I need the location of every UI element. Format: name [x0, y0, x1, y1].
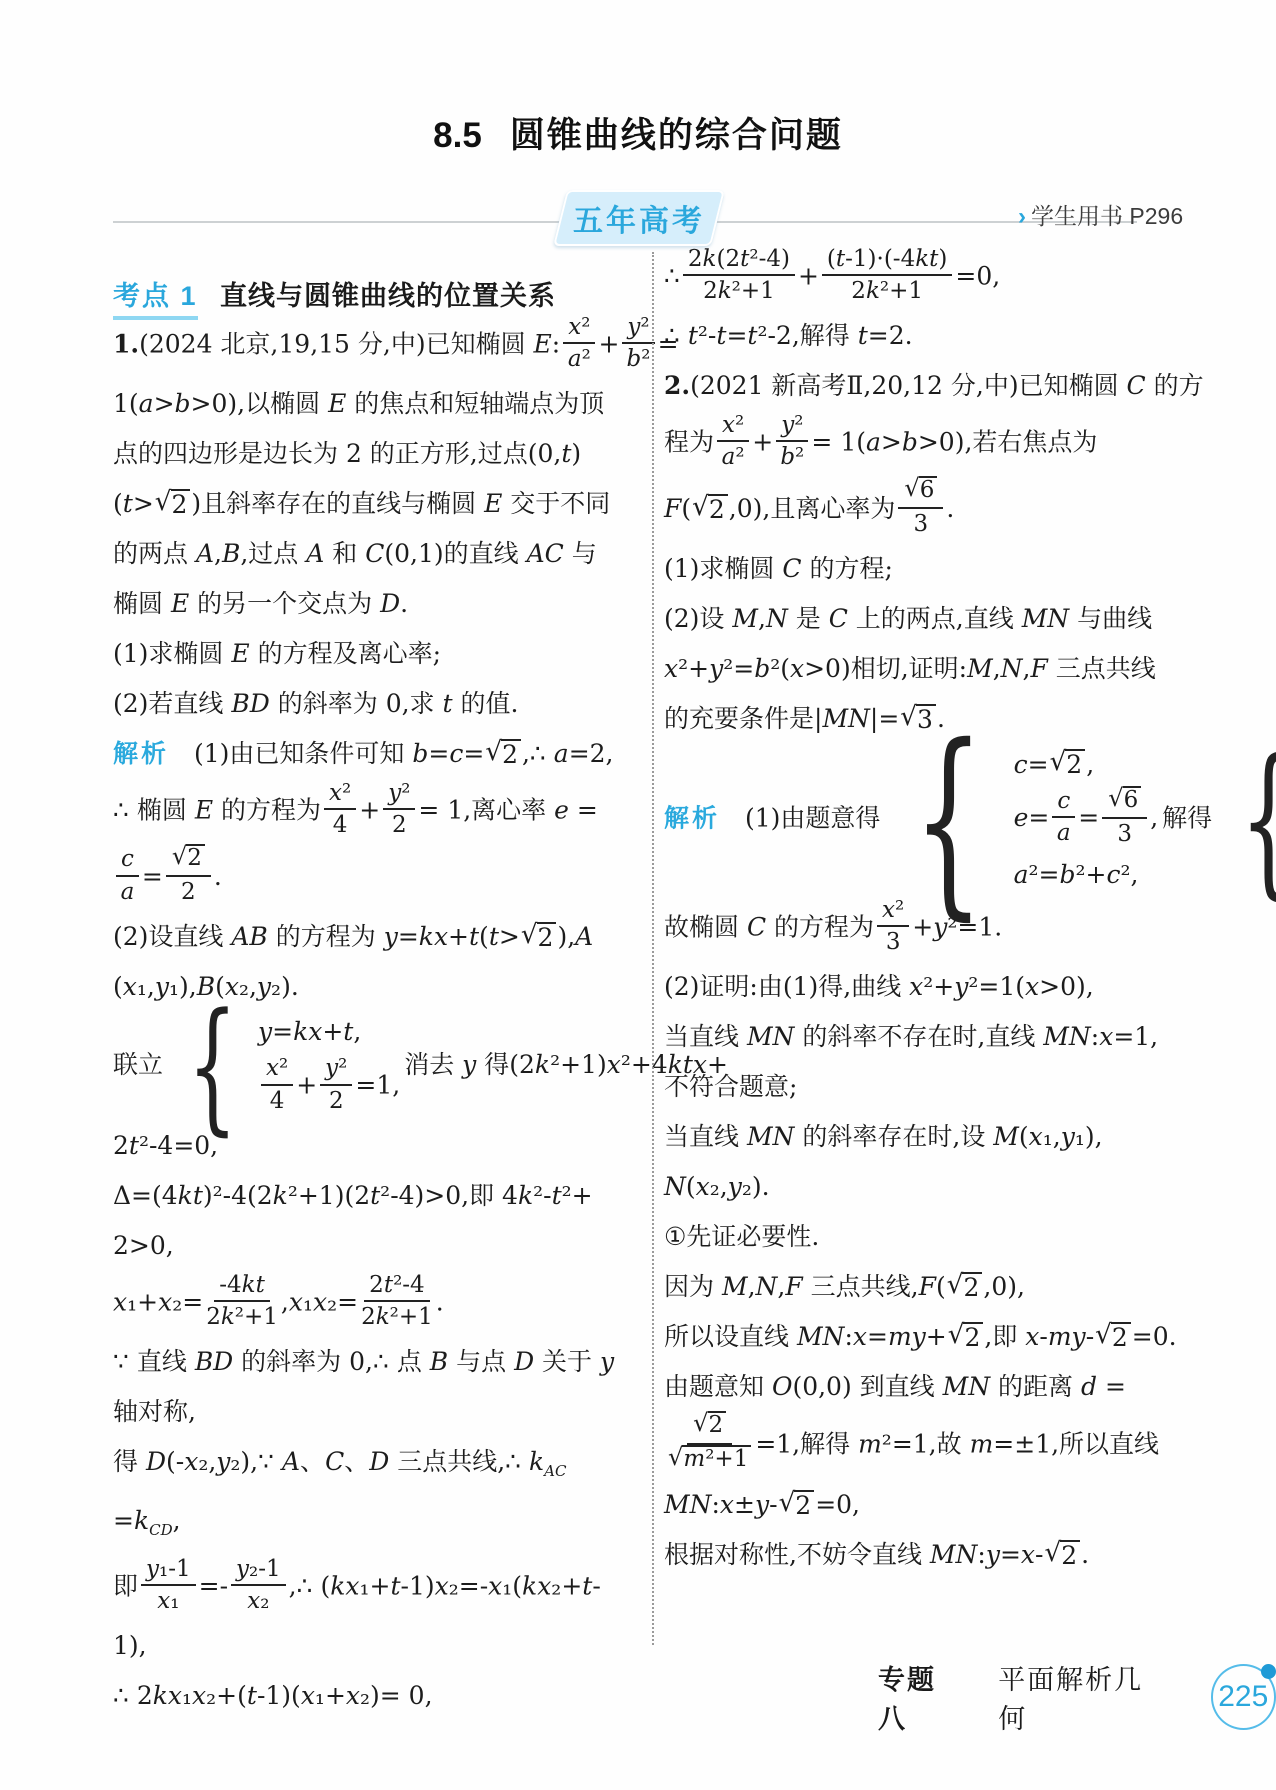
content-line: 即y₁-1x₁=-y₂-1x₂,∴ (kx₁+t-1)x₂=-x₁(kx₂+t-: [113, 1558, 653, 1618]
fraction: x²4: [324, 779, 356, 839]
content-line: ∴ 椭圆 E 的方程为x²4+y²2= 1,离心率 e =: [113, 782, 653, 842]
column-right: ∴2k(2t²-4)2k²+1+(t-1)·(-4kt)2k²+1=0,∴ t²…: [664, 248, 1172, 1583]
content-line: ①先证必要性.: [664, 1215, 1172, 1259]
footer-part-label: 专题八: [878, 1658, 964, 1736]
fraction: -4kt2k²+1: [206, 1271, 278, 1331]
content-line: 程为x²a²+y²b²= 1(a>b>0),若右焦点为: [664, 414, 1172, 474]
column-divider: [652, 252, 654, 1645]
content-line: MN:x±y-√2=0,: [664, 1483, 1172, 1527]
content-line: (1)求椭圆 E 的方程及离心率;: [113, 632, 653, 676]
content-line: 联立{y=kx+t,x²4+y²2=1,消去 y 得(2k²+1)x²+4ktx…: [113, 1015, 653, 1118]
page-footer: 专题八 平面解析几何 225: [878, 1658, 1276, 1736]
content-line: 1),: [113, 1624, 653, 1668]
section-badge: 考点 1: [113, 281, 198, 320]
fraction: ca: [116, 845, 139, 905]
radical: √6: [904, 476, 937, 503]
column-left: 1.(2024 北京,19,15 分,中)已知椭圆 E:x²a²+y²b²=1(…: [113, 316, 653, 1724]
section-number: 8.5: [433, 116, 482, 155]
content-line: ∴2k(2t²-4)2k²+1+(t-1)·(-4kt)2k²+1=0,: [664, 248, 1172, 308]
content-line: F(√2,0),且离心率为√63.: [664, 480, 1172, 541]
content-line: 1.(2024 北京,19,15 分,中)已知椭圆 E:x²a²+y²b²=: [113, 316, 653, 376]
banner-tag: 五年高考: [553, 190, 725, 246]
content-line: ca=√22.: [113, 848, 653, 909]
footer-section-label: 平面解析几何: [998, 1658, 1170, 1736]
fraction: 2k(2t²-4)2k²+1: [683, 245, 795, 305]
fraction: y²b²: [776, 411, 808, 471]
fraction: y²2: [320, 1054, 352, 1114]
content-line: (2)若直线 BD 的斜率为 0,求 t 的值.: [113, 682, 653, 726]
fraction: y₂-1x₂: [231, 1555, 286, 1615]
content-line: x₁+x₂=-4kt2k²+1,x₁x₂=2t²-42k²+1.: [113, 1274, 653, 1334]
content-line: 所以设直线 MN:x=my+√2,即 x-my-√2=0.: [664, 1315, 1172, 1359]
content-line: 解析 (1)由题意得{c=√2,e=ca=√63,a²=b²+c²,解得{a²=…: [664, 747, 1172, 893]
content-line: 2>0,: [113, 1224, 653, 1268]
fraction: x²a²: [563, 313, 595, 373]
content-line: ∵ 直线 BD 的斜率为 0,∴ 点 B 与点 D 关于 y: [113, 1340, 653, 1384]
section-heading: 考点 1 直线与圆锥曲线的位置关系: [113, 274, 556, 313]
radical: √2: [948, 1322, 984, 1352]
page-title-text: 圆锥曲线的综合问题: [510, 116, 843, 155]
solution-label: 解析: [113, 740, 169, 768]
content-line: 轴对称,: [113, 1390, 653, 1434]
radical: √2: [521, 922, 557, 952]
radical: √2: [485, 739, 521, 769]
fraction: x²a²: [717, 411, 749, 471]
fraction: y²b²: [622, 313, 654, 373]
radical: √m²+1: [668, 1445, 751, 1472]
solution-label: 解析: [664, 804, 720, 832]
chevron-right-icon: ›: [1018, 203, 1026, 230]
student-book-ref: ›学生用书 P296: [1018, 198, 1183, 231]
fraction: x²3: [877, 896, 909, 956]
radical: √2: [947, 1272, 983, 1302]
radical: √2: [1095, 1322, 1131, 1352]
radical: √2: [692, 494, 728, 524]
page-number-badge: 225: [1211, 1664, 1276, 1730]
content-line: √2√m²+1=1,解得 m²=1,故 m=±1,所以直线: [664, 1415, 1172, 1477]
radical: √2: [693, 1411, 726, 1438]
radical: √6: [1108, 786, 1141, 813]
content-line: 当直线 MN 的斜率存在时,设 M(x₁,y₁),: [664, 1115, 1172, 1159]
content-line: =kCD,: [113, 1499, 653, 1552]
fraction: 2t²-42k²+1: [361, 1271, 433, 1331]
radical: √2: [1050, 749, 1086, 779]
radical: √2: [155, 489, 191, 519]
fraction: x²4: [261, 1054, 293, 1114]
fraction: √63: [1102, 786, 1147, 847]
content-line: ∴ t²-t=t²-2,解得 t=2.: [664, 314, 1172, 358]
radical: √2: [172, 844, 205, 871]
page-number: 225: [1218, 1680, 1268, 1714]
fraction: √63: [898, 477, 943, 538]
content-line: 不符合题意;: [664, 1065, 1172, 1109]
content-line: (2)设直线 AB 的方程为 y=kx+t(t>√2),A: [113, 915, 653, 959]
radical: √2: [1044, 1540, 1080, 1570]
content-line: (t>√2)且斜率存在的直线与椭圆 E 交于不同: [113, 482, 653, 526]
fraction: y₁-1x₁: [141, 1555, 196, 1615]
fraction: √2√m²+1: [667, 1412, 752, 1474]
section-title: 直线与圆锥曲线的位置关系: [220, 281, 556, 311]
content-line: 点的四边形是边长为 2 的正方形,过点(0,t): [113, 432, 653, 476]
fraction: √22: [166, 845, 211, 906]
fraction: (t-1)·(-4kt)2k²+1: [822, 245, 952, 305]
content-line: 由题意知 O(0,0) 到直线 MN 的距离 d =: [664, 1365, 1172, 1409]
content-line: 1(a>b>0),以椭圆 E 的焦点和短轴端点为顶: [113, 382, 653, 426]
content-line: ∴ 2kx₁x₂+(t-1)(x₁+x₂)= 0,: [113, 1674, 653, 1718]
fraction: ca: [1052, 787, 1075, 847]
content-line: (2)设 M,N 是 C 上的两点,直线 MN 与曲线: [664, 597, 1172, 641]
fraction: y²2: [383, 779, 415, 839]
content-line: 因为 M,N,F 三点共线,F(√2,0),: [664, 1265, 1172, 1309]
content-line: (2)证明:由(1)得,曲线 x²+y²=1(x>0),: [664, 965, 1172, 1009]
badge-dot-icon: [1261, 1664, 1276, 1679]
content-line: Δ=(4kt)²-4(2k²+1)(2t²-4)>0,即 4k²-t²+: [113, 1174, 653, 1218]
content-line: 根据对称性,不妨令直线 MN:y=x-√2.: [664, 1533, 1172, 1577]
page-title: 8.5圆锥曲线的综合问题: [0, 108, 1276, 158]
brace-group: {a²=3,b²=1,c²=2,: [1216, 761, 1276, 879]
radical: √2: [779, 1490, 815, 1520]
content-line: 的两点 A,B,过点 A 和 C(0,1)的直线 AC 与: [113, 532, 653, 576]
content-line: 当直线 MN 的斜率不存在时,直线 MN:x=1,: [664, 1015, 1172, 1059]
content-line: 椭圆 E 的另一个交点为 D.: [113, 582, 653, 626]
brace-group: {c=√2,e=ca=√63,a²=b²+c²,: [884, 747, 1158, 893]
brace-group: {y=kx+t,x²4+y²2=1,: [167, 1015, 400, 1118]
student-book-ref-text: 学生用书 P296: [1031, 203, 1183, 229]
content-line: x²+y²=b²(x>0)相切,证明:M,N,F 三点共线: [664, 647, 1172, 691]
content-line: 解析 (1)由已知条件可知 b=c=√2,∴ a=2,: [113, 732, 653, 776]
banner-label: 五年高考: [573, 196, 705, 240]
content-line: N(x₂,y₂).: [664, 1165, 1172, 1209]
content-line: 得 D(-x₂,y₂),∵ A、C、D 三点共线,∴ kAC: [113, 1440, 653, 1493]
content-line: 2.(2021 新高考Ⅱ,20,12 分,中)已知椭圆 C 的方: [664, 364, 1172, 408]
content-line: (1)求椭圆 C 的方程;: [664, 547, 1172, 591]
